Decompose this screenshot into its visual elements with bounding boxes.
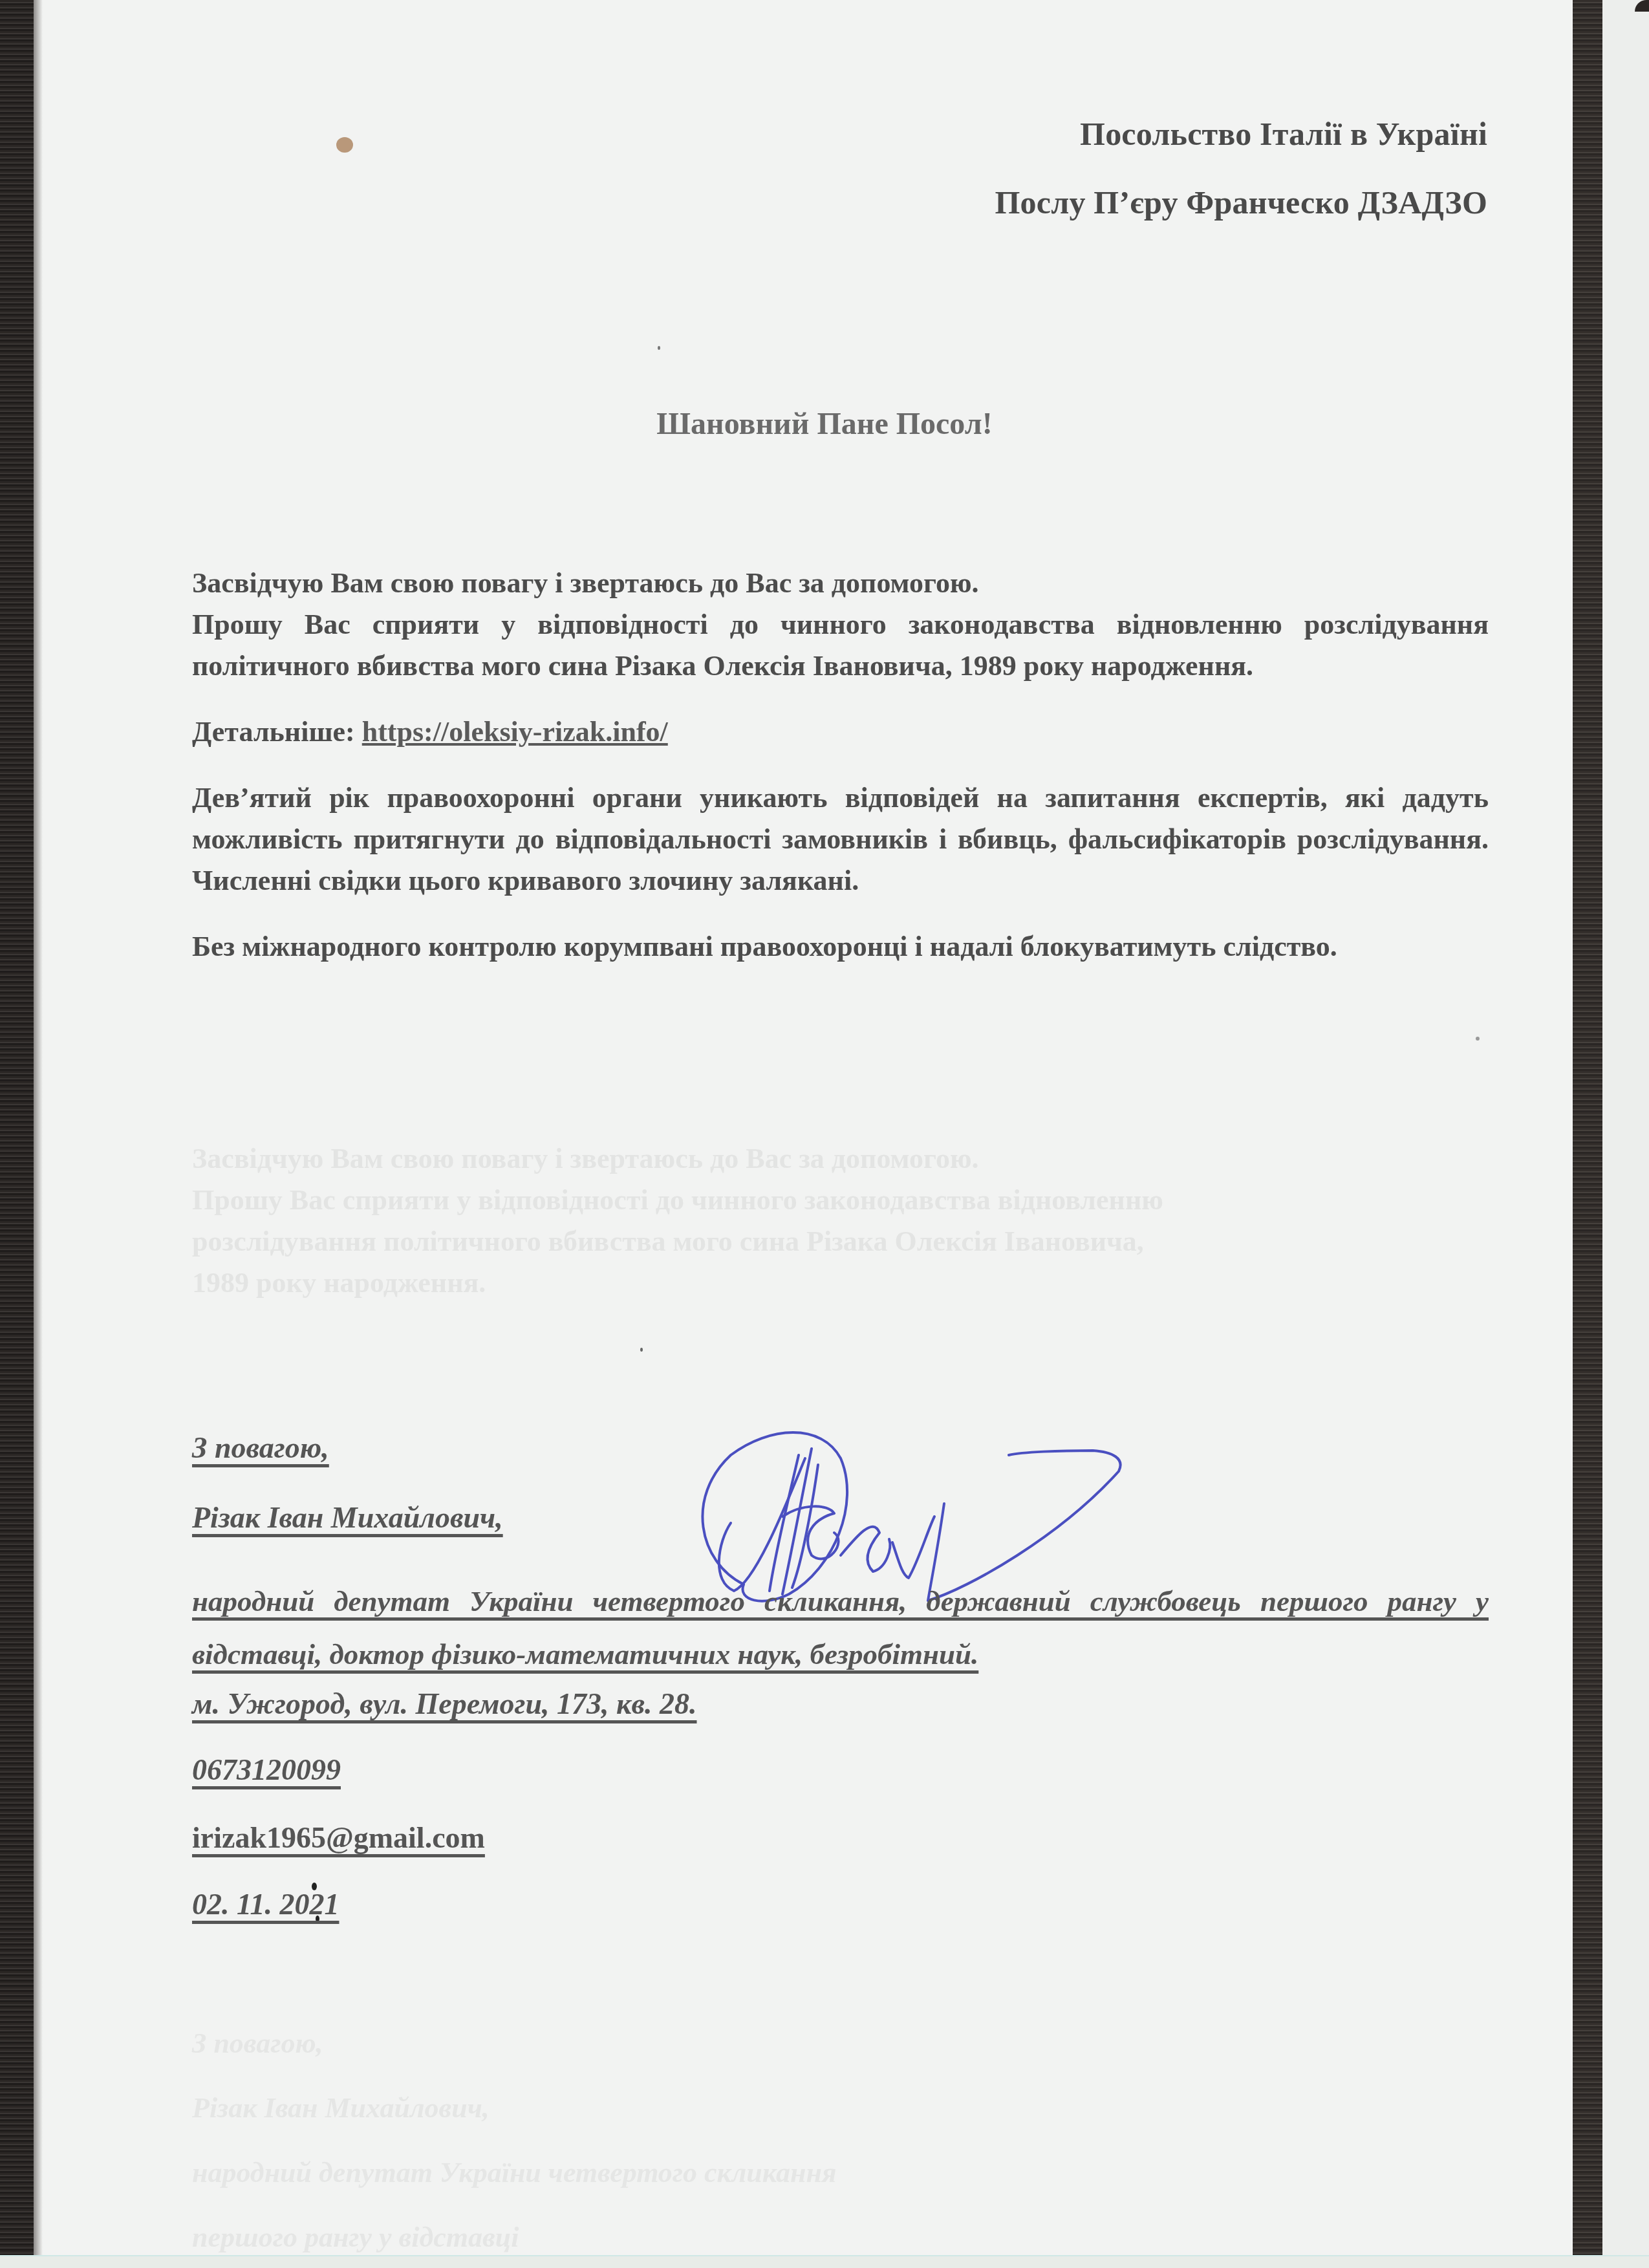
scan-edge-right <box>1573 0 1602 2255</box>
signatory-phone: 0673120099 <box>192 1753 341 1787</box>
signatory-address: м. Ужгород, вул. Перемоги, 173, кв. 28. <box>192 1687 696 1721</box>
body-paragraph-investigation: Дев’ятий рік правоохоронні органи уникаю… <box>192 777 1489 902</box>
details-link[interactable]: https://oleksiy-rizak.info/ <box>362 716 668 748</box>
paper-speck <box>658 346 660 350</box>
paper-speck <box>1476 1037 1480 1041</box>
salutation: Шановний Пане Посол! <box>0 406 1649 442</box>
bleed-through-text: Засвідчую Вам свою повагу і звертаюсь до… <box>192 1138 1489 1304</box>
closing: З повагою, <box>192 1431 329 1465</box>
signatory-email[interactable]: irizak1965@gmail.com <box>192 1820 485 1855</box>
scan-margin-right <box>1602 0 1649 2255</box>
body-paragraph-control: Без міжнародного контролю корумпвані пра… <box>192 926 1489 967</box>
body-line-respect: Засвідчую Вам свою повагу і звертаюсь до… <box>192 563 1489 604</box>
details-line: Детальніше: https://oleksiy-rizak.info/ <box>192 711 1489 753</box>
bleed-through-signature-block: З повагою,Різак Іван Михайлович,народний… <box>192 2011 1489 2268</box>
recipient-person: Послу П’єру Франческо ДЗАДЗО <box>995 184 1487 221</box>
signatory-titles: народний депутат України четвертого скли… <box>192 1575 1489 1681</box>
body-paragraph-request: Прошу Вас сприяти у відповідності до чин… <box>192 604 1489 687</box>
letter-body: Засвідчую Вам свою повагу і звертаюсь до… <box>192 563 1489 967</box>
paper-speck <box>640 1348 643 1352</box>
recipient-organization: Посольство Італії в Україні <box>1080 115 1487 153</box>
signatory-name: Різак Іван Михайлович, <box>192 1500 503 1535</box>
paper-stain <box>336 137 353 153</box>
scan-edge-left <box>0 0 34 2255</box>
details-label: Детальніше: <box>192 716 355 748</box>
letter-date: 02. 11. 2021 <box>192 1887 339 1921</box>
scan-edge-left-shadow <box>34 0 43 2255</box>
